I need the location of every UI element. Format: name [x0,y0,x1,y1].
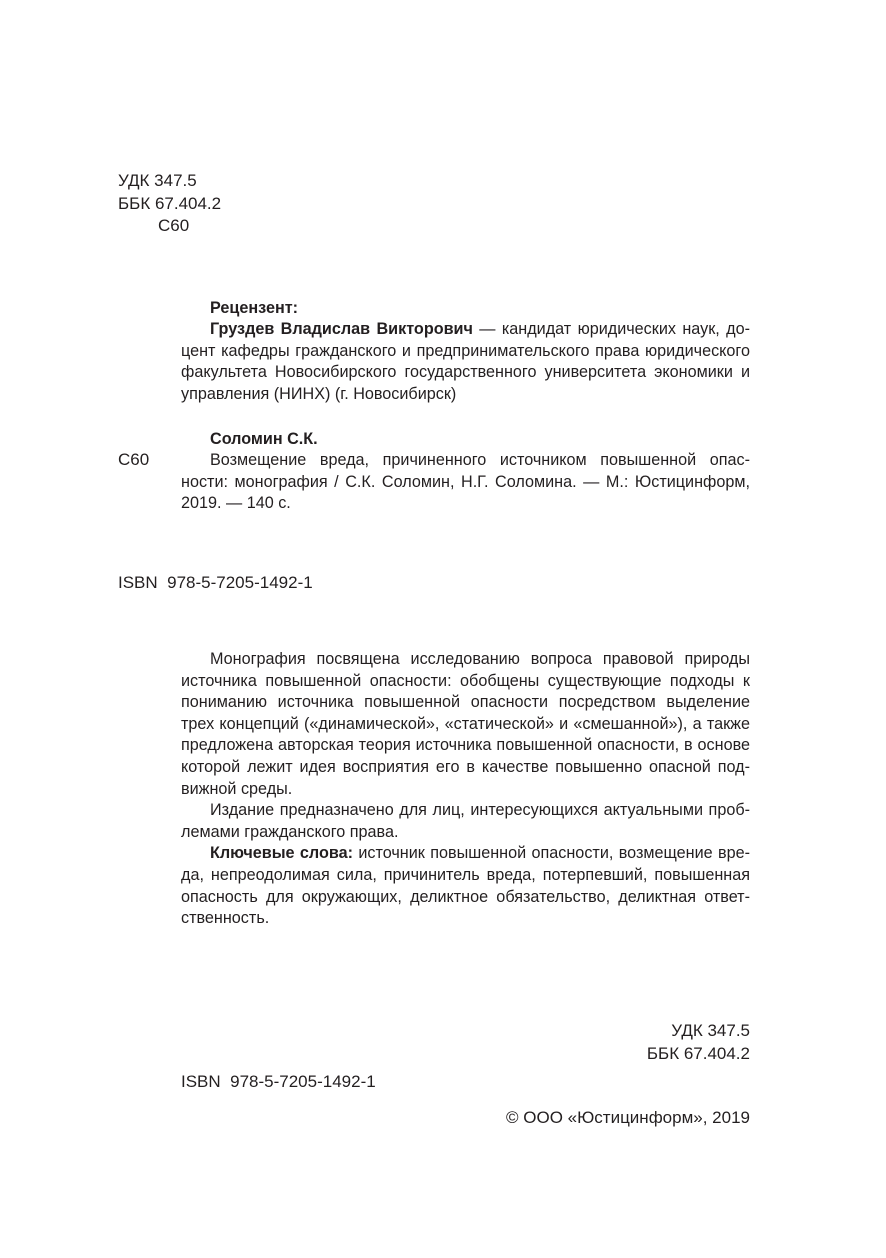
catalog-line: Возмещение вреда, причиненного источнико… [181,450,750,472]
abstract-line: которой лежит идея восприятия его в каче… [181,757,750,779]
keywords-line: ственность. [181,908,750,930]
keywords-paragraph: Ключевые слова: источник повышенной опас… [181,843,750,929]
reviewer-label: Рецензент: [181,297,750,319]
abstract-line: Издание предназначено для лиц, интересую… [181,800,750,822]
reviewer-block: Рецензент: Груздев Владислав Викторович … [181,297,750,405]
catalog-author-mark: С60 [118,449,149,471]
abstract-line: вижной среды. [181,779,750,801]
abstract: Монография посвящена исследованию вопрос… [181,649,750,930]
abstract-line: трех концепций («динамической», «статиче… [181,714,750,736]
reviewer-line: цент кафедры гражданского и предпринимат… [181,341,750,363]
bbk-code-bottom: ББК 67.404.2 [647,1043,750,1066]
top-classification-codes: УДК 347.5 ББК 67.404.2 С60 [118,170,221,238]
abstract-line: лемами гражданского права. [181,822,750,844]
isbn-top: ISBN 978-5-7205-1492-1 [118,572,313,594]
bottom-classification-codes: УДК 347.5 ББК 67.404.2 [647,1020,750,1065]
catalog-entry: Соломин С.К. Возмещение вреда, причиненн… [181,428,750,515]
abstract-line: предложена авторская теория источника по… [181,735,750,757]
udk-code-bottom: УДК 347.5 [647,1020,750,1043]
keywords-label: Ключевые слова: [210,844,353,862]
reviewer-name: Груздев Владислав Викторович [210,320,473,338]
bbk-code: ББК 67.404.2 [118,193,221,216]
reviewer-line: управления (НИНХ) (г. Новосибирск) [181,384,750,406]
catalog-author: Соломин С.К. [181,428,750,450]
keywords-line: Ключевые слова: источник повышенной опас… [181,843,750,865]
abstract-line: источника повышенной опасности: обобщены… [181,671,750,693]
reviewer-line: Груздев Владислав Викторович — кандидат … [181,319,750,341]
copyright-notice: © ООО «Юстицинформ», 2019 [506,1107,750,1129]
author-mark: С60 [118,215,221,238]
abstract-paragraph-2: Издание предназначено для лиц, интересую… [181,800,750,843]
udk-code: УДК 347.5 [118,170,221,193]
abstract-line: Монография посвящена исследованию вопрос… [181,649,750,671]
keywords-line: да, непреодолимая сила, причинитель вред… [181,865,750,887]
isbn-bottom: ISBN 978-5-7205-1492-1 [181,1071,376,1093]
keywords-line: опасность для окружающих, деликтное обяз… [181,887,750,909]
reviewer-line: факультета Новосибирского государственно… [181,362,750,384]
abstract-paragraph-1: Монография посвящена исследованию вопрос… [181,649,750,800]
abstract-line: пониманию источника повышенной опасности… [181,692,750,714]
catalog-line: 2019. — 140 с. [181,493,750,515]
catalog-line: ности: монография / С.К. Соломин, Н.Г. С… [181,472,750,494]
